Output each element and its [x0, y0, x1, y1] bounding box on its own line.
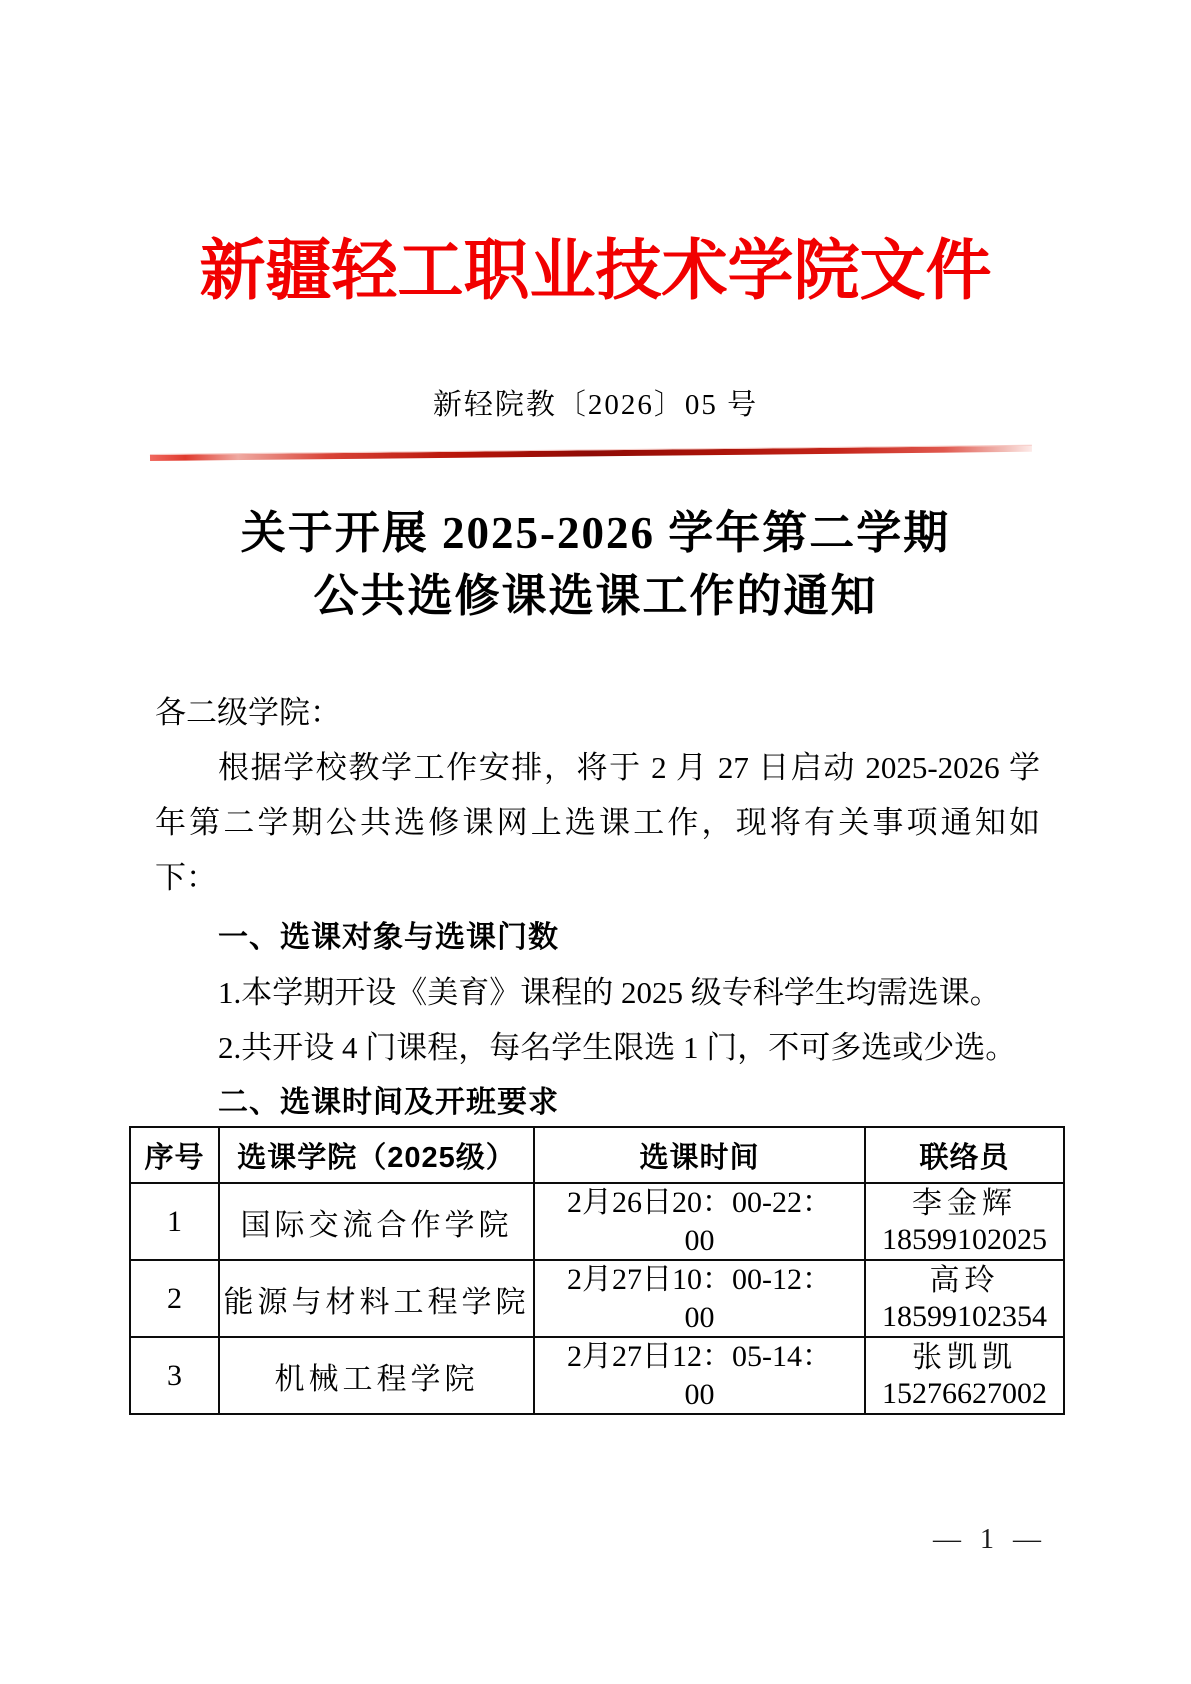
table-row: 3 机械工程学院 2月27日12：05-14： 00 张凯凯 152766270…	[130, 1337, 1064, 1414]
paragraph-line2: 年第二学期公共选修课网上选课工作，现将有关事项通知如	[155, 803, 1040, 843]
row-time: 2月26日20：00-22： 00	[534, 1183, 865, 1260]
col-header-time: 选课时间	[534, 1127, 865, 1183]
row-college: 能源与材料工程学院	[219, 1260, 534, 1337]
paragraph-line1: 根据学校教学工作安排，将于 2 月 27 日启动 2025-2026 学	[155, 748, 1040, 788]
row-college: 机械工程学院	[219, 1337, 534, 1414]
row-college: 国际交流合作学院	[219, 1183, 534, 1260]
table-row: 2 能源与材料工程学院 2月27日10：00-12： 00 高玲 1859910…	[130, 1260, 1064, 1337]
col-header-contact: 联络员	[865, 1127, 1064, 1183]
course-selection-table: 序号 选课学院（2025级） 选课时间 联络员 1 国际交流合作学院 2月26日…	[129, 1126, 1065, 1415]
row-time: 2月27日12：05-14： 00	[534, 1337, 865, 1414]
document-title-line1: 关于开展 2025-2026 学年第二学期	[0, 508, 1191, 560]
salutation: 各二级学院：	[155, 693, 1040, 733]
contact-phone: 15276627002	[866, 1376, 1063, 1412]
table-header-row: 序号 选课学院（2025级） 选课时间 联络员	[130, 1127, 1064, 1183]
row-no: 2	[130, 1260, 219, 1337]
contact-phone: 18599102025	[866, 1222, 1063, 1258]
col-header-college: 选课学院（2025级）	[219, 1127, 534, 1183]
contact-name: 李金辉	[866, 1186, 1063, 1222]
section1-item1: 1.本学期开设《美育》课程的 2025 级专科学生均需选课。	[155, 973, 1040, 1013]
document-title-line2: 公共选修课选课工作的通知	[0, 571, 1191, 623]
table-row: 1 国际交流合作学院 2月26日20：00-22： 00 李金辉 1859910…	[130, 1183, 1064, 1260]
contact-phone: 18599102354	[866, 1299, 1063, 1335]
row-no: 1	[130, 1183, 219, 1260]
contact-name: 高玲	[866, 1263, 1063, 1299]
row-contact: 李金辉 18599102025	[865, 1183, 1064, 1260]
document-number: 新轻院教〔2026〕05 号	[0, 388, 1191, 423]
row-no: 3	[130, 1337, 219, 1414]
page-number: — 1 —	[900, 1524, 1080, 1556]
row-contact: 张凯凯 15276627002	[865, 1337, 1064, 1414]
section1-item2: 2.共开设 4 门课程，每名学生限选 1 门，不可多选或少选。	[155, 1028, 1040, 1068]
red-divider-line	[150, 445, 1032, 461]
paragraph-line3: 下：	[155, 858, 1040, 898]
row-time: 2月27日10：00-12： 00	[534, 1260, 865, 1337]
section2-heading: 二、选课时间及开班要求	[155, 1083, 1040, 1122]
document-page: 新疆轻工职业技术学院文件 新轻院教〔2026〕05 号 关于开展 2025-20…	[0, 0, 1191, 1684]
section1-heading: 一、选课对象与选课门数	[155, 918, 1040, 957]
contact-name: 张凯凯	[866, 1340, 1063, 1376]
row-contact: 高玲 18599102354	[865, 1260, 1064, 1337]
col-header-no: 序号	[130, 1127, 219, 1183]
letterhead-title: 新疆轻工职业技术学院文件	[0, 234, 1191, 310]
